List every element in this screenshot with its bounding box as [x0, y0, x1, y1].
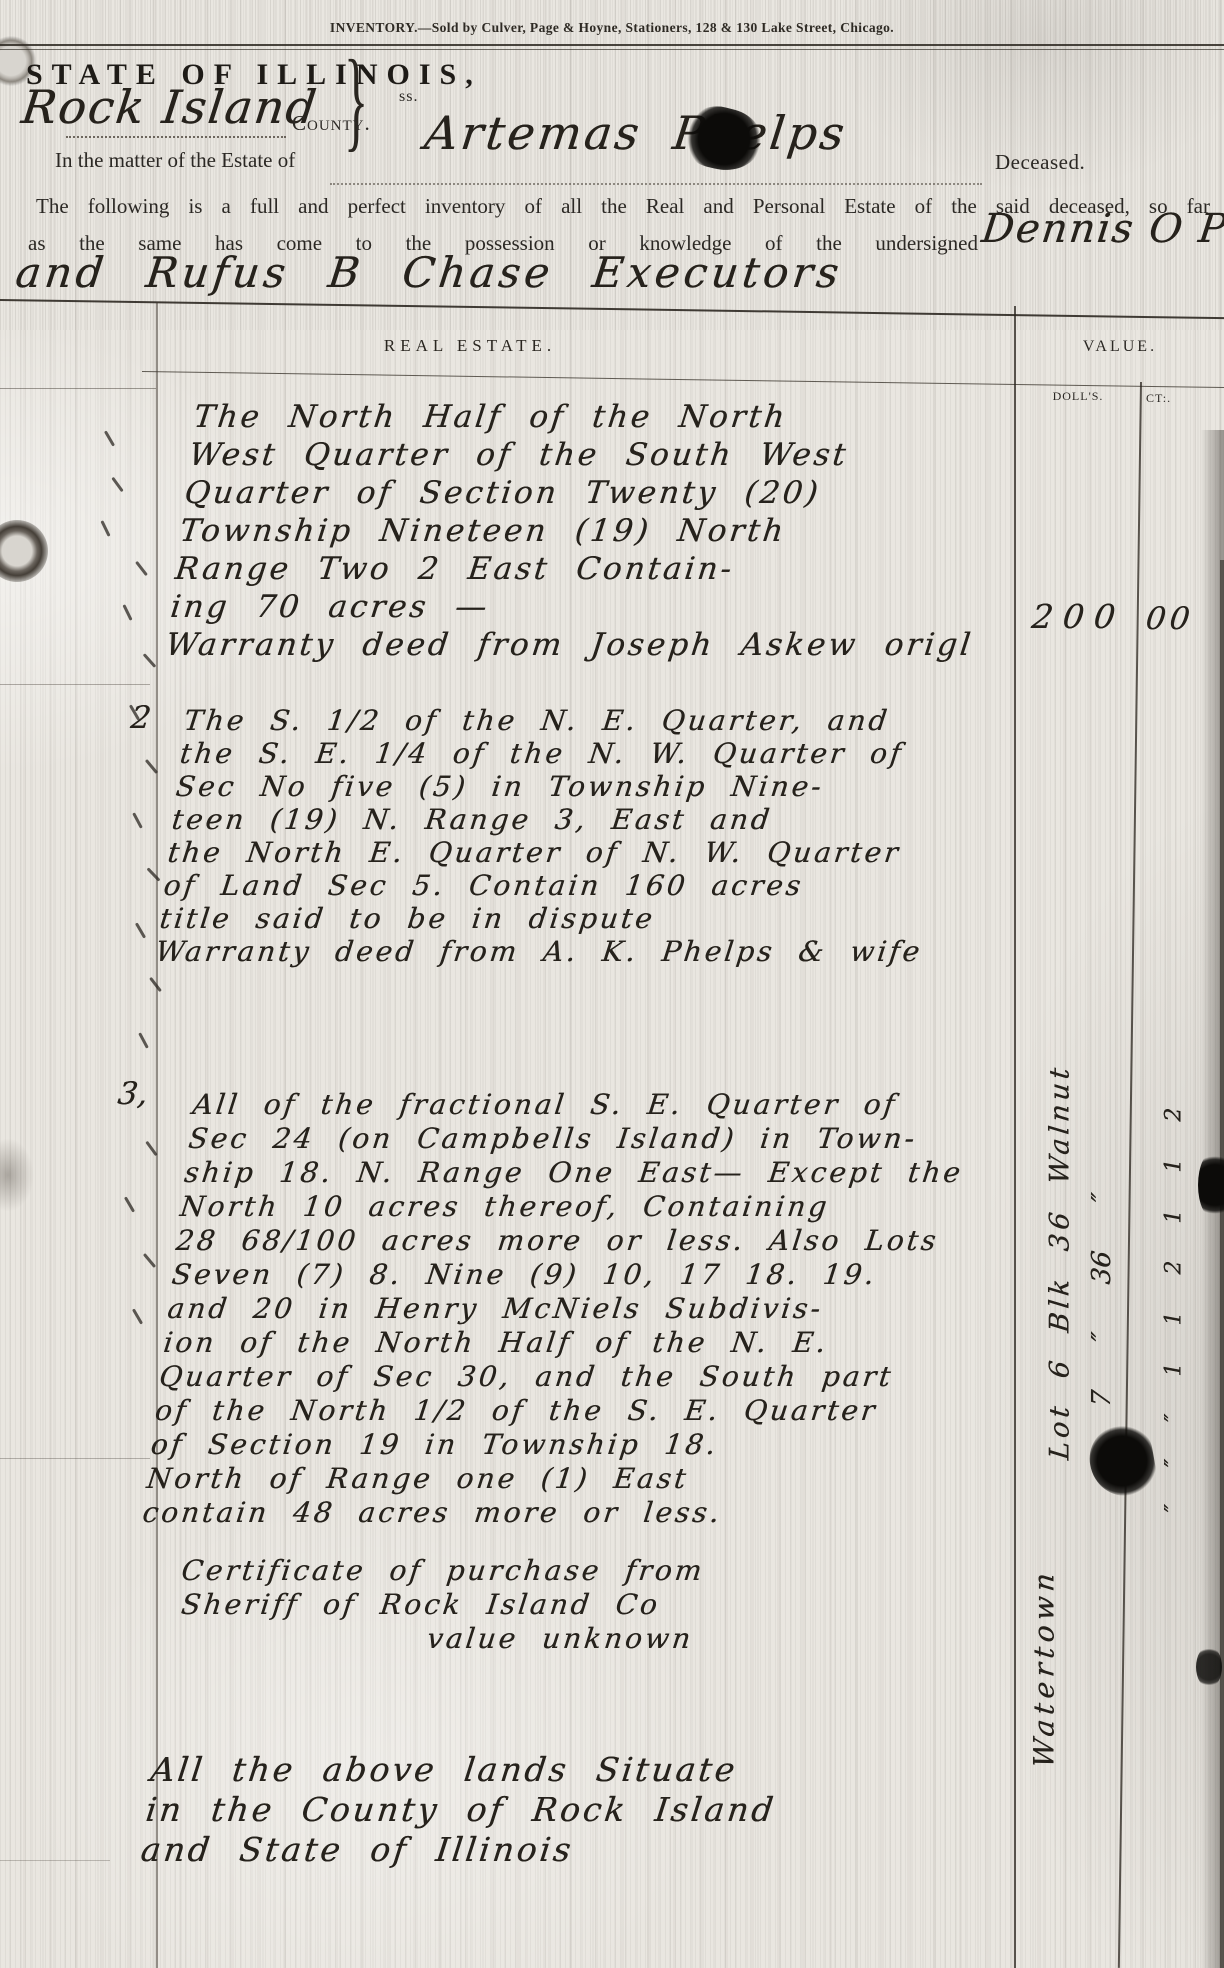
pen-tick-mark	[111, 477, 123, 493]
handwritten-line: All of the fractional S. E. Quarter of	[191, 1088, 974, 1122]
pen-tick-mark	[138, 1032, 149, 1048]
handwritten-line: in the County of Rock Island	[144, 1790, 779, 1830]
inventory-item-2-description: The S. 1/2 of the N. E. Quarter, andthe …	[154, 704, 953, 968]
handwritten-line: the North E. Quarter of N. W. Quarter	[166, 836, 937, 869]
value-column-rule	[1014, 306, 1016, 1968]
handwritten-line: Warranty deed from A. K. Phelps & wife	[154, 935, 925, 968]
handwritten-line: ing 70 acres —	[168, 588, 980, 626]
closing-statement: All the above lands Situatein the County…	[139, 1750, 783, 1870]
handwritten-line: Quarter of Section Twenty (20)	[182, 474, 994, 512]
ink-blot	[1084, 1421, 1159, 1501]
stationer-imprint: INVENTORY.—Sold by Culver, Page & Hoyne,…	[0, 20, 1224, 36]
handwritten-line: North 10 acres thereof, Containing	[178, 1190, 961, 1224]
pen-tick-mark	[100, 520, 110, 537]
fold-line	[0, 1860, 110, 1861]
handwritten-line: and 20 in Henry McNiels Subdivis-	[166, 1292, 949, 1326]
table-top-rule	[0, 299, 1224, 319]
handwritten-line: and State of Illinois	[139, 1830, 774, 1870]
handwritten-line: Sec No five (5) in Township Nine-	[174, 770, 945, 803]
item-1-value-dollars: 200	[1030, 597, 1128, 636]
margin-note-lot-block-ditto: 7 ″ 36 ″	[1087, 1192, 1117, 1409]
fold-line	[0, 1458, 150, 1459]
left-column-rule	[156, 302, 158, 1968]
item-1-value-cents: 00	[1144, 601, 1196, 637]
ink-blot	[1198, 1150, 1224, 1220]
estate-fill-line	[330, 183, 982, 185]
estate-matter-label: In the matter of the Estate of	[55, 148, 295, 173]
pen-tick-mark	[147, 867, 161, 881]
undersigned-name-handwritten: Dennis O Phelps	[979, 206, 1224, 252]
pen-tick-mark	[132, 812, 143, 828]
handwritten-line: All the above lands Situate	[148, 1750, 783, 1790]
handwritten-line: Warranty deed from Joseph Askew origl	[164, 626, 976, 664]
handwritten-line: Sec 24 (on Campbells Island) in Town-	[187, 1122, 970, 1156]
fold-line	[0, 388, 156, 389]
handwritten-line: The S. 1/2 of the N. E. Quarter, and	[182, 704, 953, 737]
handwritten-line: West Quarter of the South West	[187, 436, 999, 474]
inventory-item-3-description: All of the fractional S. E. Quarter ofSe…	[125, 1088, 973, 1656]
ss-label: ss.	[399, 88, 418, 106]
handwritten-line: of Section 19 in Township 18.	[149, 1428, 932, 1462]
handwritten-line: value unknown	[125, 1622, 908, 1656]
page-edge-line	[1220, 560, 1224, 1968]
ink-blot	[1196, 1646, 1222, 1688]
handwritten-line: Seven (7) 8. Nine (9) 10, 17 18. 19.	[170, 1258, 953, 1292]
pen-tick-mark	[135, 922, 146, 938]
handwritten-line: ship 18. N. Range One East— Except the	[182, 1156, 965, 1190]
margin-note-watertown: Watertown	[1028, 1567, 1061, 1770]
handwritten-line: title said to be in dispute	[158, 902, 929, 935]
cents-column-header: CT:.	[1146, 391, 1171, 406]
handwritten-line: Township Nineteen (19) North	[178, 512, 990, 550]
inventory-item-1-description: The North Half of the NorthWest Quarter …	[164, 398, 1004, 664]
fold-line	[0, 684, 150, 685]
county-fill-line	[66, 136, 286, 138]
pen-tick-mark	[132, 1308, 143, 1324]
margin-note-lot-block: Lot 6 Blk 36 Walnut	[1045, 1063, 1076, 1462]
handwritten-line: Certificate of purchase from	[133, 1554, 916, 1588]
handwritten-line: The North Half of the North	[192, 398, 1004, 436]
pen-tick-mark	[143, 653, 157, 668]
handwritten-line: the S. E. 1/4 of the N. W. Quarter of	[178, 737, 949, 770]
pen-tick-mark	[124, 1196, 135, 1212]
handwritten-line: of Land Sec 5. Contain 160 acres	[162, 869, 933, 902]
punch-hole-smudged	[0, 520, 48, 582]
executors-handwritten: and Rufus B Chase Executors	[13, 248, 845, 297]
handwritten-line: Sheriff of Rock Island Co	[129, 1588, 912, 1622]
pen-tick-mark	[143, 1253, 156, 1268]
margin-ditto-marks: ″ ″ ″ 1 1 2 1 1 2	[1162, 1108, 1187, 1513]
handwritten-line: Quarter of Sec 30, and the South part	[157, 1360, 940, 1394]
handwritten-line: of the North 1/2 of the S. E. Quarter	[153, 1394, 936, 1428]
handwritten-line: 28 68/100 acres more or less. Also Lots	[174, 1224, 957, 1258]
real-estate-column-header: REAL ESTATE.	[290, 336, 650, 356]
handwritten-line: Range Two 2 East Contain-	[173, 550, 985, 588]
pen-tick-mark	[122, 604, 132, 621]
handwritten-line: contain 48 acres more or less.	[141, 1496, 924, 1530]
table-subheader-rule	[142, 371, 1224, 388]
scanned-estate-inventory-document: INVENTORY.—Sold by Culver, Page & Hoyne,…	[0, 0, 1224, 1968]
pen-tick-mark	[135, 561, 148, 576]
deceased-label: Deceased.	[995, 150, 1085, 175]
handwritten-line: ion of the North Half of the N. E.	[161, 1326, 944, 1360]
brace-glyph: }	[344, 44, 368, 156]
handwritten-line: teen (19) N. Range 3, East and	[170, 803, 941, 836]
county-name-handwritten: Rock Island	[19, 80, 321, 134]
pen-tick-mark	[104, 430, 115, 446]
county-label: County.	[292, 111, 371, 136]
edge-smudge	[0, 1138, 34, 1212]
dollars-column-header: DOLL'S.	[1018, 389, 1138, 404]
item-3-number: 3,	[116, 1076, 150, 1112]
handwritten-line: North of Range one (1) East	[145, 1462, 928, 1496]
value-column-header: VALUE.	[1016, 338, 1224, 356]
estate-name-handwritten: Artemas Phelps	[422, 106, 850, 160]
header-double-rule	[0, 44, 1224, 50]
